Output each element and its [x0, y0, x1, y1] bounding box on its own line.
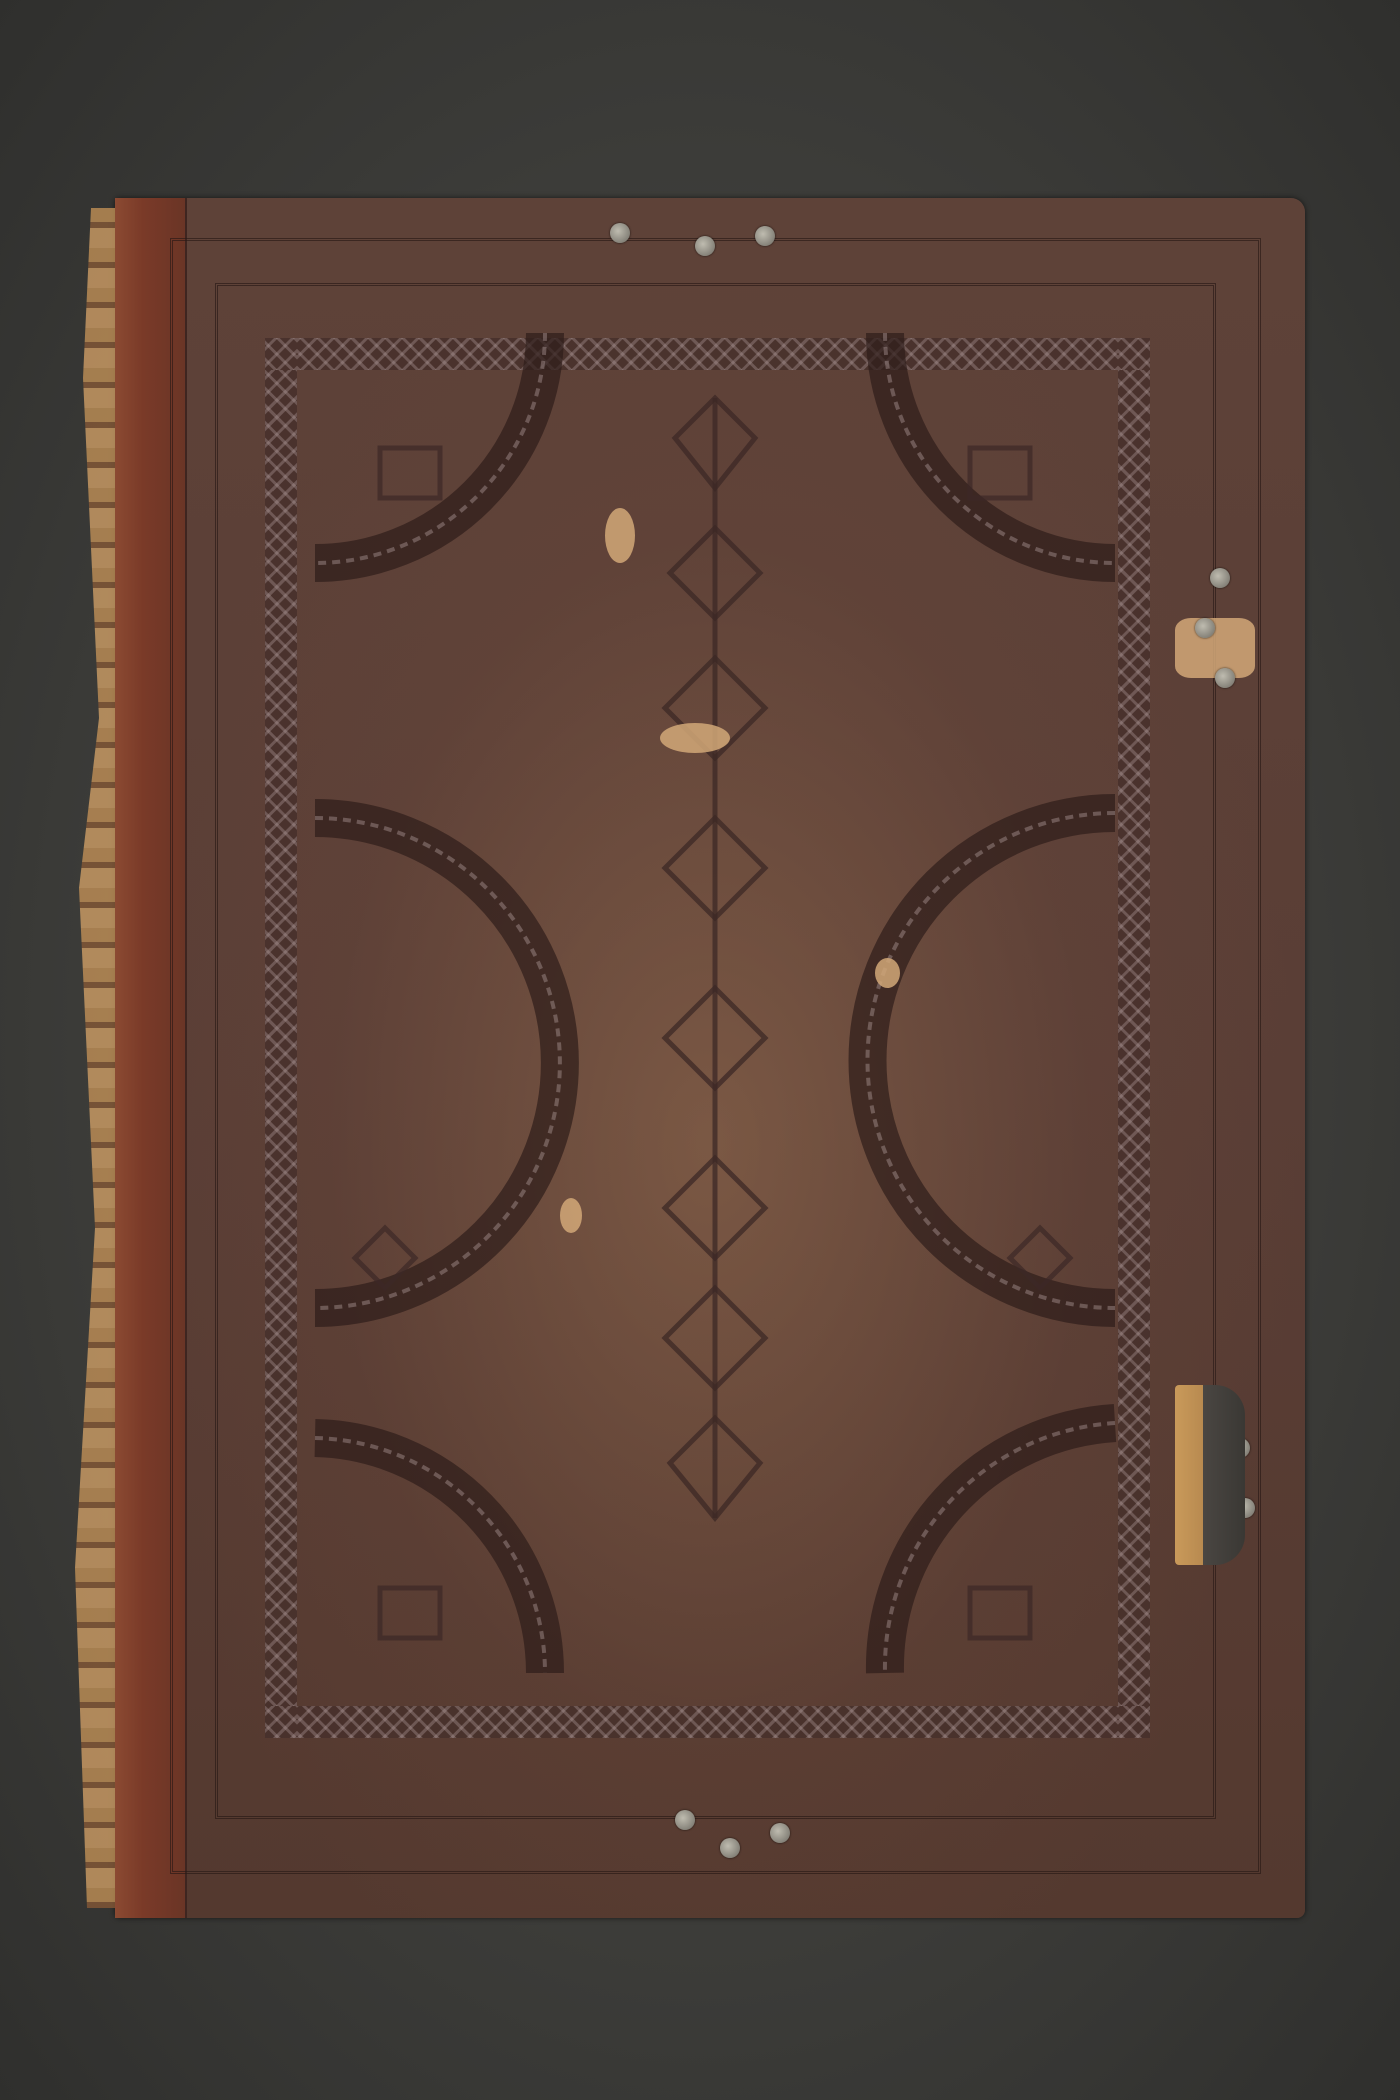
- nail-head: [720, 1838, 740, 1858]
- wear-spot: [660, 723, 730, 753]
- wear-patch-fore-edge: [1175, 618, 1255, 678]
- nail-head: [695, 236, 715, 256]
- nail-head: [675, 1810, 695, 1830]
- corner-stamp-bl: [380, 1588, 440, 1638]
- arc-mid-left: [315, 818, 560, 1308]
- nail-head: [1195, 618, 1215, 638]
- nail-head: [1215, 668, 1235, 688]
- book-cover: [115, 198, 1305, 1918]
- corner-stamp-tl: [380, 448, 440, 498]
- nail-head: [1210, 568, 1230, 588]
- corner-stamp-br: [970, 1588, 1030, 1638]
- nail-head: [610, 223, 630, 243]
- arc-mid-right: [868, 813, 1115, 1308]
- clasp-remnant: [1175, 1385, 1245, 1565]
- central-fleuron-chain: [665, 398, 765, 1518]
- wear-spot: [560, 1198, 582, 1233]
- wear-spot: [605, 508, 635, 563]
- corner-stamp-tr: [970, 448, 1030, 498]
- nail-head: [755, 226, 775, 246]
- frayed-spine-edge: [75, 208, 115, 1908]
- nail-head: [770, 1823, 790, 1843]
- wear-spot: [875, 958, 900, 988]
- tooled-ornaments: [115, 198, 1305, 1918]
